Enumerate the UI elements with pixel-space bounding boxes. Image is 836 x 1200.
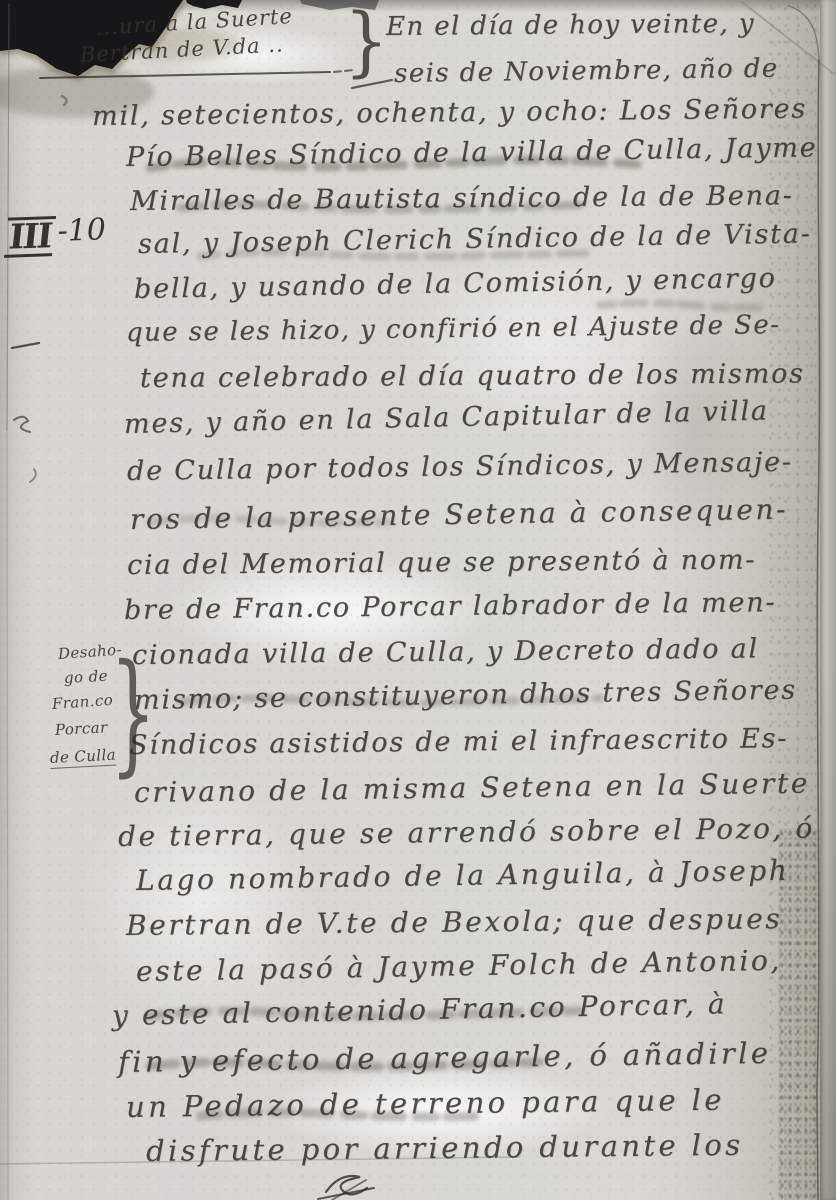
margin-stray-marks [12,96,67,482]
manuscript-line: cionada villa de Culla, y Decreto dado a… [132,633,759,671]
margin-note-line: Porcar [55,718,108,739]
scanned-manuscript-page: III-10 ...ura a la Suerte Bertran de V.d… [0,0,836,1200]
manuscript-line: disfrute por arriendo durante los [146,1128,744,1168]
margin-note-line: de Culla [49,746,116,769]
manuscript-line: En el día de hoy veinte, y [386,9,755,42]
manuscript-line: tena celebrado el día quatro de los mism… [140,358,805,394]
margin-note-line: go de [64,667,109,687]
manuscript-line: Miralles de Bautista síndico de la de Be… [130,180,794,217]
archival-number-suffix: -10 [57,212,107,249]
manuscript-line: cia del Memorial que se presentó à nom- [127,545,756,581]
archival-number-roman: III [4,216,56,258]
manuscript-line: Bertran de V.te de Bexola; que despues [126,902,783,942]
archival-number: III-10 [5,212,106,257]
manuscript-line: seis de Noviembre, año de [394,54,779,89]
heading-brace: } [344,0,389,85]
catchword-flourish [318,1176,374,1200]
